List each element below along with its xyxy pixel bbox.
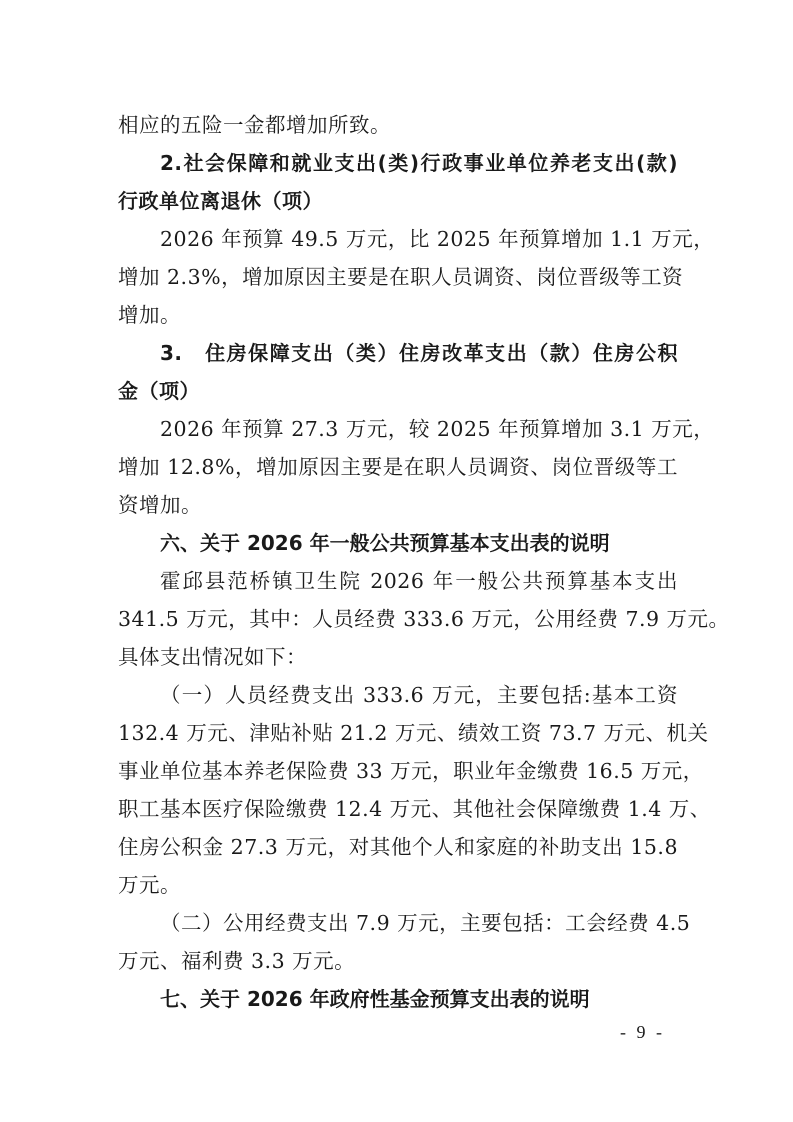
body-text: 霍邱县范桥镇卫生院 2026 年一般公共预算基本支出 [160,571,678,592]
section-heading-housing-cont: 金（项） [118,381,678,401]
body-text: 住房公积金 27.3 万元，对其他个人和家庭的补助支出 15.8 [118,837,678,858]
body-text: 万元、福利费 3.3 万元。 [118,951,678,972]
section-heading-six: 六、关于 2026 年一般公共预算基本支出表的说明 [160,533,678,553]
section-heading-housing: 3. 住房保障支出（类）住房改革支出（款）住房公积 [160,343,678,363]
body-text: 132.4 万元、津贴补贴 21.2 万元、绩效工资 73.7 万元、机关 [118,723,678,744]
body-text: 具体支出情况如下： [118,647,678,668]
body-text: 2026 年预算 27.3 万元，较 2025 年预算增加 3.1 万元， [160,419,678,440]
body-text: （二）公用经费支出 7.9 万元，主要包括：工会经费 4.5 [160,913,678,934]
document-page: 相应的五险一金都增加所致。 2.社会保障和就业支出(类)行政事业单位养老支出(款… [0,0,793,1122]
body-text: 职工基本医疗保险缴费 12.4 万元、其他社会保障缴费 1.4 万、 [118,799,678,820]
body-text: 2026 年预算 49.5 万元，比 2025 年预算增加 1.1 万元， [160,229,678,250]
section-heading-social-security: 2.社会保障和就业支出(类)行政事业单位养老支出(款) [160,153,678,173]
body-text: （一）人员经费支出 333.6 万元，主要包括:基本工资 [160,685,678,706]
body-text: 事业单位基本养老保险费 33 万元，职业年金缴费 16.5 万元， [118,761,678,782]
section-heading-seven: 七、关于 2026 年政府性基金预算支出表的说明 [160,989,678,1009]
section-heading-social-security-cont: 行政单位离退休（项） [118,191,678,211]
body-text: 增加。 [118,305,678,326]
page-number: - 9 - [620,1022,665,1043]
body-text: 万元。 [118,875,678,896]
body-text: 增加 2.3%，增加原因主要是在职人员调资、岗位晋级等工资 [118,267,678,288]
body-text: 341.5 万元，其中：人员经费 333.6 万元，公用经费 7.9 万元。 [118,609,678,630]
paragraph-tail-text: 相应的五险一金都增加所致。 [118,115,678,136]
body-text: 资增加。 [118,495,678,516]
body-text: 增加 12.8%，增加原因主要是在职人员调资、岗位晋级等工 [118,457,678,478]
